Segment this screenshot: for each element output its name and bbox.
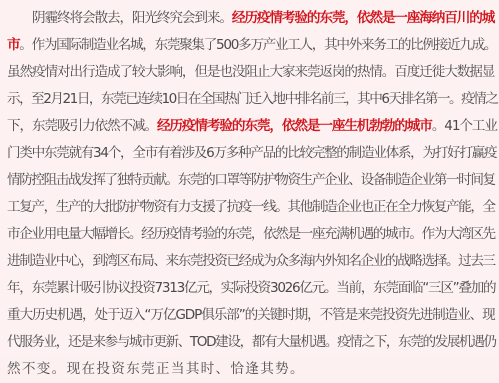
text-segment: 。作为国际制造业名城，东莞聚集了500多万产业工人，其中外来务工的比例接近九成。 [19,37,496,53]
text-line: 示，至2月21日，东莞已连续10日在全国热门迁入地中排名前三，其中6天排名第一。… [7,86,495,113]
text-segment: 市企业用电量大幅增长。经历疫情考验的东莞，依然是一座充满机遇的城市。作为大湾区先 [7,226,495,242]
text-segment: 年，东莞累计吸引协议投资7313亿元，实际投资3026亿元。当前，东莞面临“三区… [7,280,495,296]
text-segment: 重大历史机遇，处于迈入“万亿GDP俱乐部”的关键时期，不管是来莞投资先进制造业、… [7,307,495,323]
text-segment: 。41个工业 [432,118,497,134]
text-segment: 情防控阻击战发挥了独特贡献。东莞的口罩等防护物资生产企业、设备制造企业第一时间复 [7,172,495,188]
text-line: 下，东莞吸引力依然不减。经历疫情考验的东莞，依然是一座生机勃勃的城市。41个工业 [7,113,495,140]
text-line: 年，东莞累计吸引协议投资7313亿元，实际投资3026亿元。当前，东莞面临“三区… [7,275,495,302]
text-line: 重大历史机遇，处于迈入“万亿GDP俱乐部”的关键时期，不管是来莞投资先进制造业、… [7,302,495,329]
text-segment: 下，东莞吸引力依然不减。 [7,118,157,134]
highlight-text: 经历疫情考验的东莞，依然是一座生机勃勃的城市 [157,118,432,134]
article-body: 阴霾终将会散去，阳光终究会到来。经历疫情考验的东莞，依然是一座海纳百川的城 市。… [0,0,499,358]
text-line: 门类中东莞就有34个，全市有着涉及6万多种产品的比较完整的制造业体系，为打好打赢… [7,140,495,167]
text-segment: 示，至2月21日，东莞已连续10日在全国热门迁入地中排名前三，其中6天排名第一。… [7,91,497,107]
highlight-text: 市 [7,37,19,53]
text-line: 情防控阻击战发挥了独特贡献。东莞的口罩等防护物资生产企业、设备制造企业第一时间复 [7,167,495,194]
text-segment: 代服务业，还是来参与城市更新、TOD建设，都有大量机遇。疫情之下，东莞的发展机遇… [7,334,496,350]
text-segment: 进制造业中心，到湾区布局、来东莞投资已经成为众多海内外知名企业的战略选择。过去三 [7,253,495,269]
text-line: 虽然疫情对出行造成了较大影响，但是也没阻止大家来莞返岗的热情。百度迁徙大数据显 [7,59,495,86]
text-segment: 阴霾终将会散去，阳光终究会到来。 [7,10,232,26]
text-line: 工复产，生产的大批防护物资有力支援了抗疫一线。其他制造企业也正在全力恢复产能，全 [7,194,495,221]
text-segment: 门类中东莞就有34个，全市有着涉及6万多种产品的比较完整的制造业体系，为打好打赢… [7,145,496,161]
text-line: 市企业用电量大幅增长。经历疫情考验的东莞，依然是一座充满机遇的城市。作为大湾区先 [7,221,495,248]
text-segment: 虽然疫情对出行造成了较大影响，但是也没阻止大家来莞返岗的热情。百度迁徙大数据显 [7,64,494,80]
text-line: 阴霾终将会散去，阳光终究会到来。经历疫情考验的东莞，依然是一座海纳百川的城 [7,5,495,32]
highlight-text: 经历疫情考验的东莞，依然是一座海纳百川的城 [232,10,494,26]
text-segment: 工复产，生产的大批防护物资有力支援了抗疫一线。其他制造企业也正在全力恢复产能，全 [7,199,495,215]
text-line: 市。作为国际制造业名城，东莞聚集了500多万产业工人，其中外来务工的比例接近九成… [7,32,495,59]
text-line: 代服务业，还是来参与城市更新、TOD建设，都有大量机遇。疫情之下，东莞的发展机遇… [7,329,495,356]
text-line: 进制造业中心，到湾区布局、来东莞投资已经成为众多海内外知名企业的战略选择。过去三 [7,248,495,275]
